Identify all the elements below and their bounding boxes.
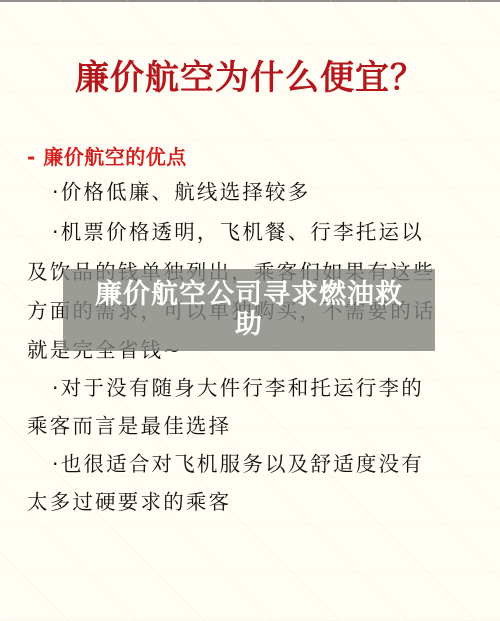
bullet-line: ·也很适合对飞机服务以及舒适度没有 [52, 447, 424, 477]
continuation-line: 太多过硬要求的乘客 [27, 485, 231, 515]
caption-overlay: 廉价航空公司寻求燃油救助 [63, 269, 435, 351]
overlay-caption: 廉价航空公司寻求燃油救助 [89, 280, 409, 340]
section-subheading: - 廉价航空的优点 [27, 141, 187, 170]
poster-title: 廉价航空为什么便宜？ [0, 50, 500, 99]
bullet-line: ·机票价格透明，飞机餐、行李托运以 [52, 215, 424, 245]
bullet-line: ·价格低廉、航线选择较多 [52, 175, 310, 205]
continuation-line: 乘客而言是最佳选择 [27, 409, 231, 439]
bullet-line: ·对于没有随身大件行李和托运行李的 [52, 371, 424, 401]
